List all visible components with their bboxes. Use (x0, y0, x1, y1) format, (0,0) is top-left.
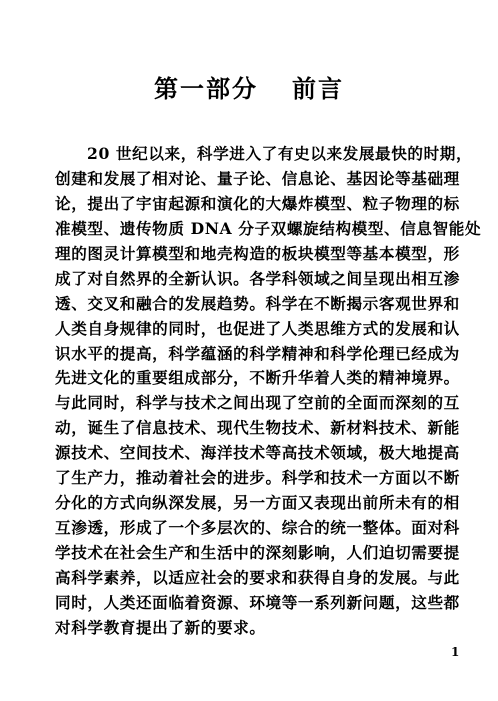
text-line: 了生产力，推动着社会的进步。科学和技术一方面以不断 (55, 466, 445, 491)
text-line: 与此同时，科学与技术之间出现了空前的全面而深刻的互 (55, 391, 445, 416)
text-line: 20 世纪以来，科学进入了有史以来发展最快的时期， (55, 142, 445, 167)
text-line: 透、交叉和融合的发展趋势。科学在不断揭示客观世界和 (55, 292, 445, 317)
text-line: 识水平的提高，科学蕴涵的科学精神和科学伦理已经成为 (55, 342, 445, 367)
title-name: 前言 (292, 75, 344, 103)
page-title: 第一部分前言 (0, 74, 498, 104)
page-number: 1 (451, 645, 459, 659)
text-line: 准模型、遗传物质 DNA 分子双螺旋结构模型、信息智能处 (55, 217, 445, 242)
text-line: 动，诞生了信息技术、现代生物技术、新材料技术、新能 (55, 416, 445, 441)
text-line: 同时，人类还面临着资源、环境等一系列新问题，这些都 (55, 591, 445, 616)
text-line: 成了对自然界的全新认识。各学科领域之间呈现出相互渗 (55, 267, 445, 292)
text-line: 互渗透，形成了一个多层次的、综合的统一整体。面对科 (55, 516, 445, 541)
text-line: 创建和发展了相对论、量子论、信息论、基因论等基础理 (55, 167, 445, 192)
text-line: 源技术、空间技术、海洋技术等高技术领域，极大地提高 (55, 441, 445, 466)
title-part: 第一部分 (154, 75, 258, 103)
body-paragraph: 20 世纪以来，科学进入了有史以来发展最快的时期， 创建和发展了相对论、量子论、… (55, 142, 445, 641)
text-line: 论，提出了宇宙起源和演化的大爆炸模型、粒子物理的标 (55, 192, 445, 217)
text-line: 人类自身规律的同时，也促进了人类思维方式的发展和认 (55, 317, 445, 342)
text-line: 学技术在社会生产和生活中的深刻影响，人们迫切需要提 (55, 541, 445, 566)
text-line: 先进文化的重要组成部分，不断升华着人类的精神境界。 (55, 366, 445, 391)
text-line: 理的图灵计算模型和地壳构造的板块模型等基本模型，形 (55, 242, 445, 267)
text-line: 分化的方式向纵深发展，另一方面又表现出前所未有的相 (55, 491, 445, 516)
text-line: 高科学素养，以适应社会的要求和获得自身的发展。与此 (55, 566, 445, 591)
text-line: 对科学教育提出了新的要求。 (55, 616, 445, 641)
